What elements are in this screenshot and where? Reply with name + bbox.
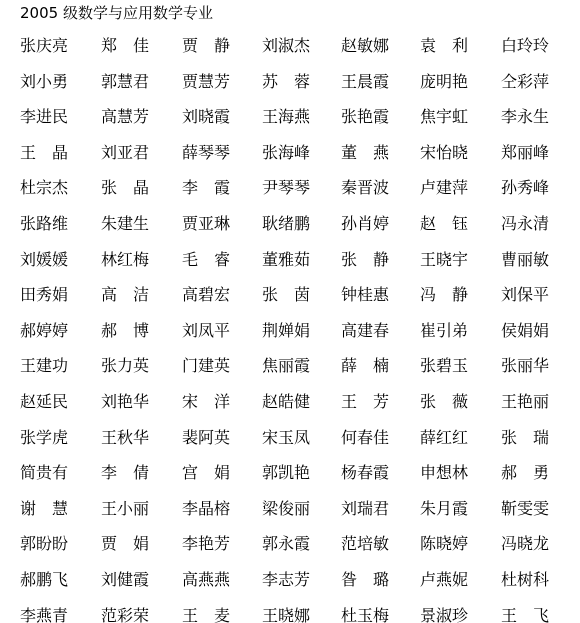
student-name: 王秋华 (101, 428, 149, 448)
student-name: 刘媛媛 (20, 250, 68, 270)
student-name: 王小丽 (101, 499, 149, 519)
student-name: 袁 利 (420, 36, 468, 56)
student-name: 王建功 (20, 356, 68, 376)
student-name: 郭凯艳 (262, 463, 310, 483)
student-name: 李志芳 (262, 570, 310, 590)
student-name: 张 晶 (101, 178, 149, 198)
student-name: 高慧芳 (101, 107, 149, 127)
student-name: 耿绪鹏 (262, 214, 310, 234)
student-name: 仝彩萍 (501, 72, 549, 92)
student-name: 王 麦 (182, 606, 230, 623)
student-name: 林红梅 (101, 250, 149, 270)
student-name: 李进民 (20, 107, 68, 127)
student-name: 贾 静 (182, 36, 230, 56)
student-name: 张 茵 (262, 285, 310, 305)
student-name: 王晓宇 (420, 250, 468, 270)
student-name: 陈晓婷 (420, 534, 468, 554)
student-name: 苏 蓉 (262, 72, 310, 92)
student-name: 何春佳 (341, 428, 389, 448)
student-name: 宫 娟 (182, 463, 230, 483)
student-name: 昝 璐 (341, 570, 389, 590)
student-name: 宋玉凤 (262, 428, 310, 448)
student-name: 李艳芳 (182, 534, 230, 554)
student-name: 田秀娟 (20, 285, 68, 305)
student-name: 范培敏 (341, 534, 389, 554)
student-name: 王晓娜 (262, 606, 310, 623)
student-name: 杨春霞 (341, 463, 389, 483)
student-name: 贾 娟 (101, 534, 149, 554)
student-name: 张碧玉 (420, 356, 468, 376)
student-name: 冯永清 (501, 214, 549, 234)
student-name: 张 静 (341, 250, 389, 270)
document-title: 2005 级数学与应用数学专业 (20, 4, 213, 22)
student-name: 赵延民 (20, 392, 68, 412)
student-name: 张路维 (20, 214, 68, 234)
student-name: 张 瑞 (501, 428, 549, 448)
student-name: 王艳丽 (501, 392, 549, 412)
student-name: 薛琴琴 (182, 143, 230, 163)
student-name: 白玲玲 (501, 36, 549, 56)
student-name: 王 晶 (20, 143, 68, 163)
student-name: 朱月霞 (420, 499, 468, 519)
student-name: 荆婵娟 (262, 321, 310, 341)
student-name: 梁俊丽 (262, 499, 310, 519)
student-name: 李 霞 (182, 178, 230, 198)
student-name: 庞明艳 (420, 72, 468, 92)
student-name: 刘健霞 (101, 570, 149, 590)
student-name: 高建春 (341, 321, 389, 341)
student-name: 景淑珍 (420, 606, 468, 623)
student-name: 张学虎 (20, 428, 68, 448)
student-name: 张丽华 (501, 356, 549, 376)
student-name: 刘艳华 (101, 392, 149, 412)
student-name: 李晶榕 (182, 499, 230, 519)
student-name: 李 倩 (101, 463, 149, 483)
student-name: 靳雯雯 (501, 499, 549, 519)
student-name: 郝 博 (101, 321, 149, 341)
student-name: 刘保平 (501, 285, 549, 305)
student-name: 郭永霞 (262, 534, 310, 554)
student-name: 谢 慧 (20, 499, 68, 519)
student-name: 李永生 (501, 107, 549, 127)
student-name: 崔引弟 (420, 321, 468, 341)
student-name: 冯晓龙 (501, 534, 549, 554)
student-name: 刘小勇 (20, 72, 68, 92)
student-name: 孙肖婷 (341, 214, 389, 234)
student-name: 高碧宏 (182, 285, 230, 305)
student-name: 朱建生 (101, 214, 149, 234)
student-name: 郭慧君 (101, 72, 149, 92)
student-name: 范彩荣 (101, 606, 149, 623)
student-name: 郝婷婷 (20, 321, 68, 341)
student-name: 郝鹏飞 (20, 570, 68, 590)
student-name: 李燕青 (20, 606, 68, 623)
student-name: 秦晋波 (341, 178, 389, 198)
student-name: 申想林 (420, 463, 468, 483)
student-name: 张力英 (101, 356, 149, 376)
student-name: 曹丽敏 (501, 250, 549, 270)
student-name: 焦宇虹 (420, 107, 468, 127)
student-name: 张艳霞 (341, 107, 389, 127)
student-name: 赵皓健 (262, 392, 310, 412)
student-name: 王 飞 (501, 606, 549, 623)
student-name: 王晨霞 (341, 72, 389, 92)
student-name: 刘晓霞 (182, 107, 230, 127)
student-name: 冯 静 (420, 285, 468, 305)
student-name: 宋 洋 (182, 392, 230, 412)
student-name: 刘瑞君 (341, 499, 389, 519)
student-name: 卢燕妮 (420, 570, 468, 590)
student-name: 张 薇 (420, 392, 468, 412)
student-name: 毛 睿 (182, 250, 230, 270)
student-name: 刘淑杰 (262, 36, 310, 56)
student-name: 郝 勇 (501, 463, 549, 483)
student-name: 门建英 (182, 356, 230, 376)
student-name: 杜宗杰 (20, 178, 68, 198)
student-name: 孙秀峰 (501, 178, 549, 198)
student-name: 刘亚君 (101, 143, 149, 163)
student-name: 董 燕 (341, 143, 389, 163)
student-name: 高 洁 (101, 285, 149, 305)
student-name: 郑丽峰 (501, 143, 549, 163)
student-name: 薛 楠 (341, 356, 389, 376)
student-name: 赵 钰 (420, 214, 468, 234)
student-name: 侯娟娟 (501, 321, 549, 341)
student-name: 赵敏娜 (341, 36, 389, 56)
student-name: 宋怡晓 (420, 143, 468, 163)
student-name: 贾亚琳 (182, 214, 230, 234)
student-name: 钟桂惠 (341, 285, 389, 305)
student-name: 张海峰 (262, 143, 310, 163)
student-name: 董雅茹 (262, 250, 310, 270)
student-name: 尹琴琴 (262, 178, 310, 198)
student-name: 王海燕 (262, 107, 310, 127)
student-name: 简贵有 (20, 463, 68, 483)
student-name: 张庆亮 (20, 36, 68, 56)
student-name: 薛红红 (420, 428, 468, 448)
student-name: 郑 佳 (101, 36, 149, 56)
student-name: 高燕燕 (182, 570, 230, 590)
student-name: 杜树科 (501, 570, 549, 590)
student-name: 卢建萍 (420, 178, 468, 198)
student-name: 裴阿英 (182, 428, 230, 448)
student-name: 王 芳 (341, 392, 389, 412)
student-name: 刘凤平 (182, 321, 230, 341)
student-name: 郭盼盼 (20, 534, 68, 554)
student-name: 杜玉梅 (341, 606, 389, 623)
student-name: 贾慧芳 (182, 72, 230, 92)
student-name: 焦丽霞 (262, 356, 310, 376)
